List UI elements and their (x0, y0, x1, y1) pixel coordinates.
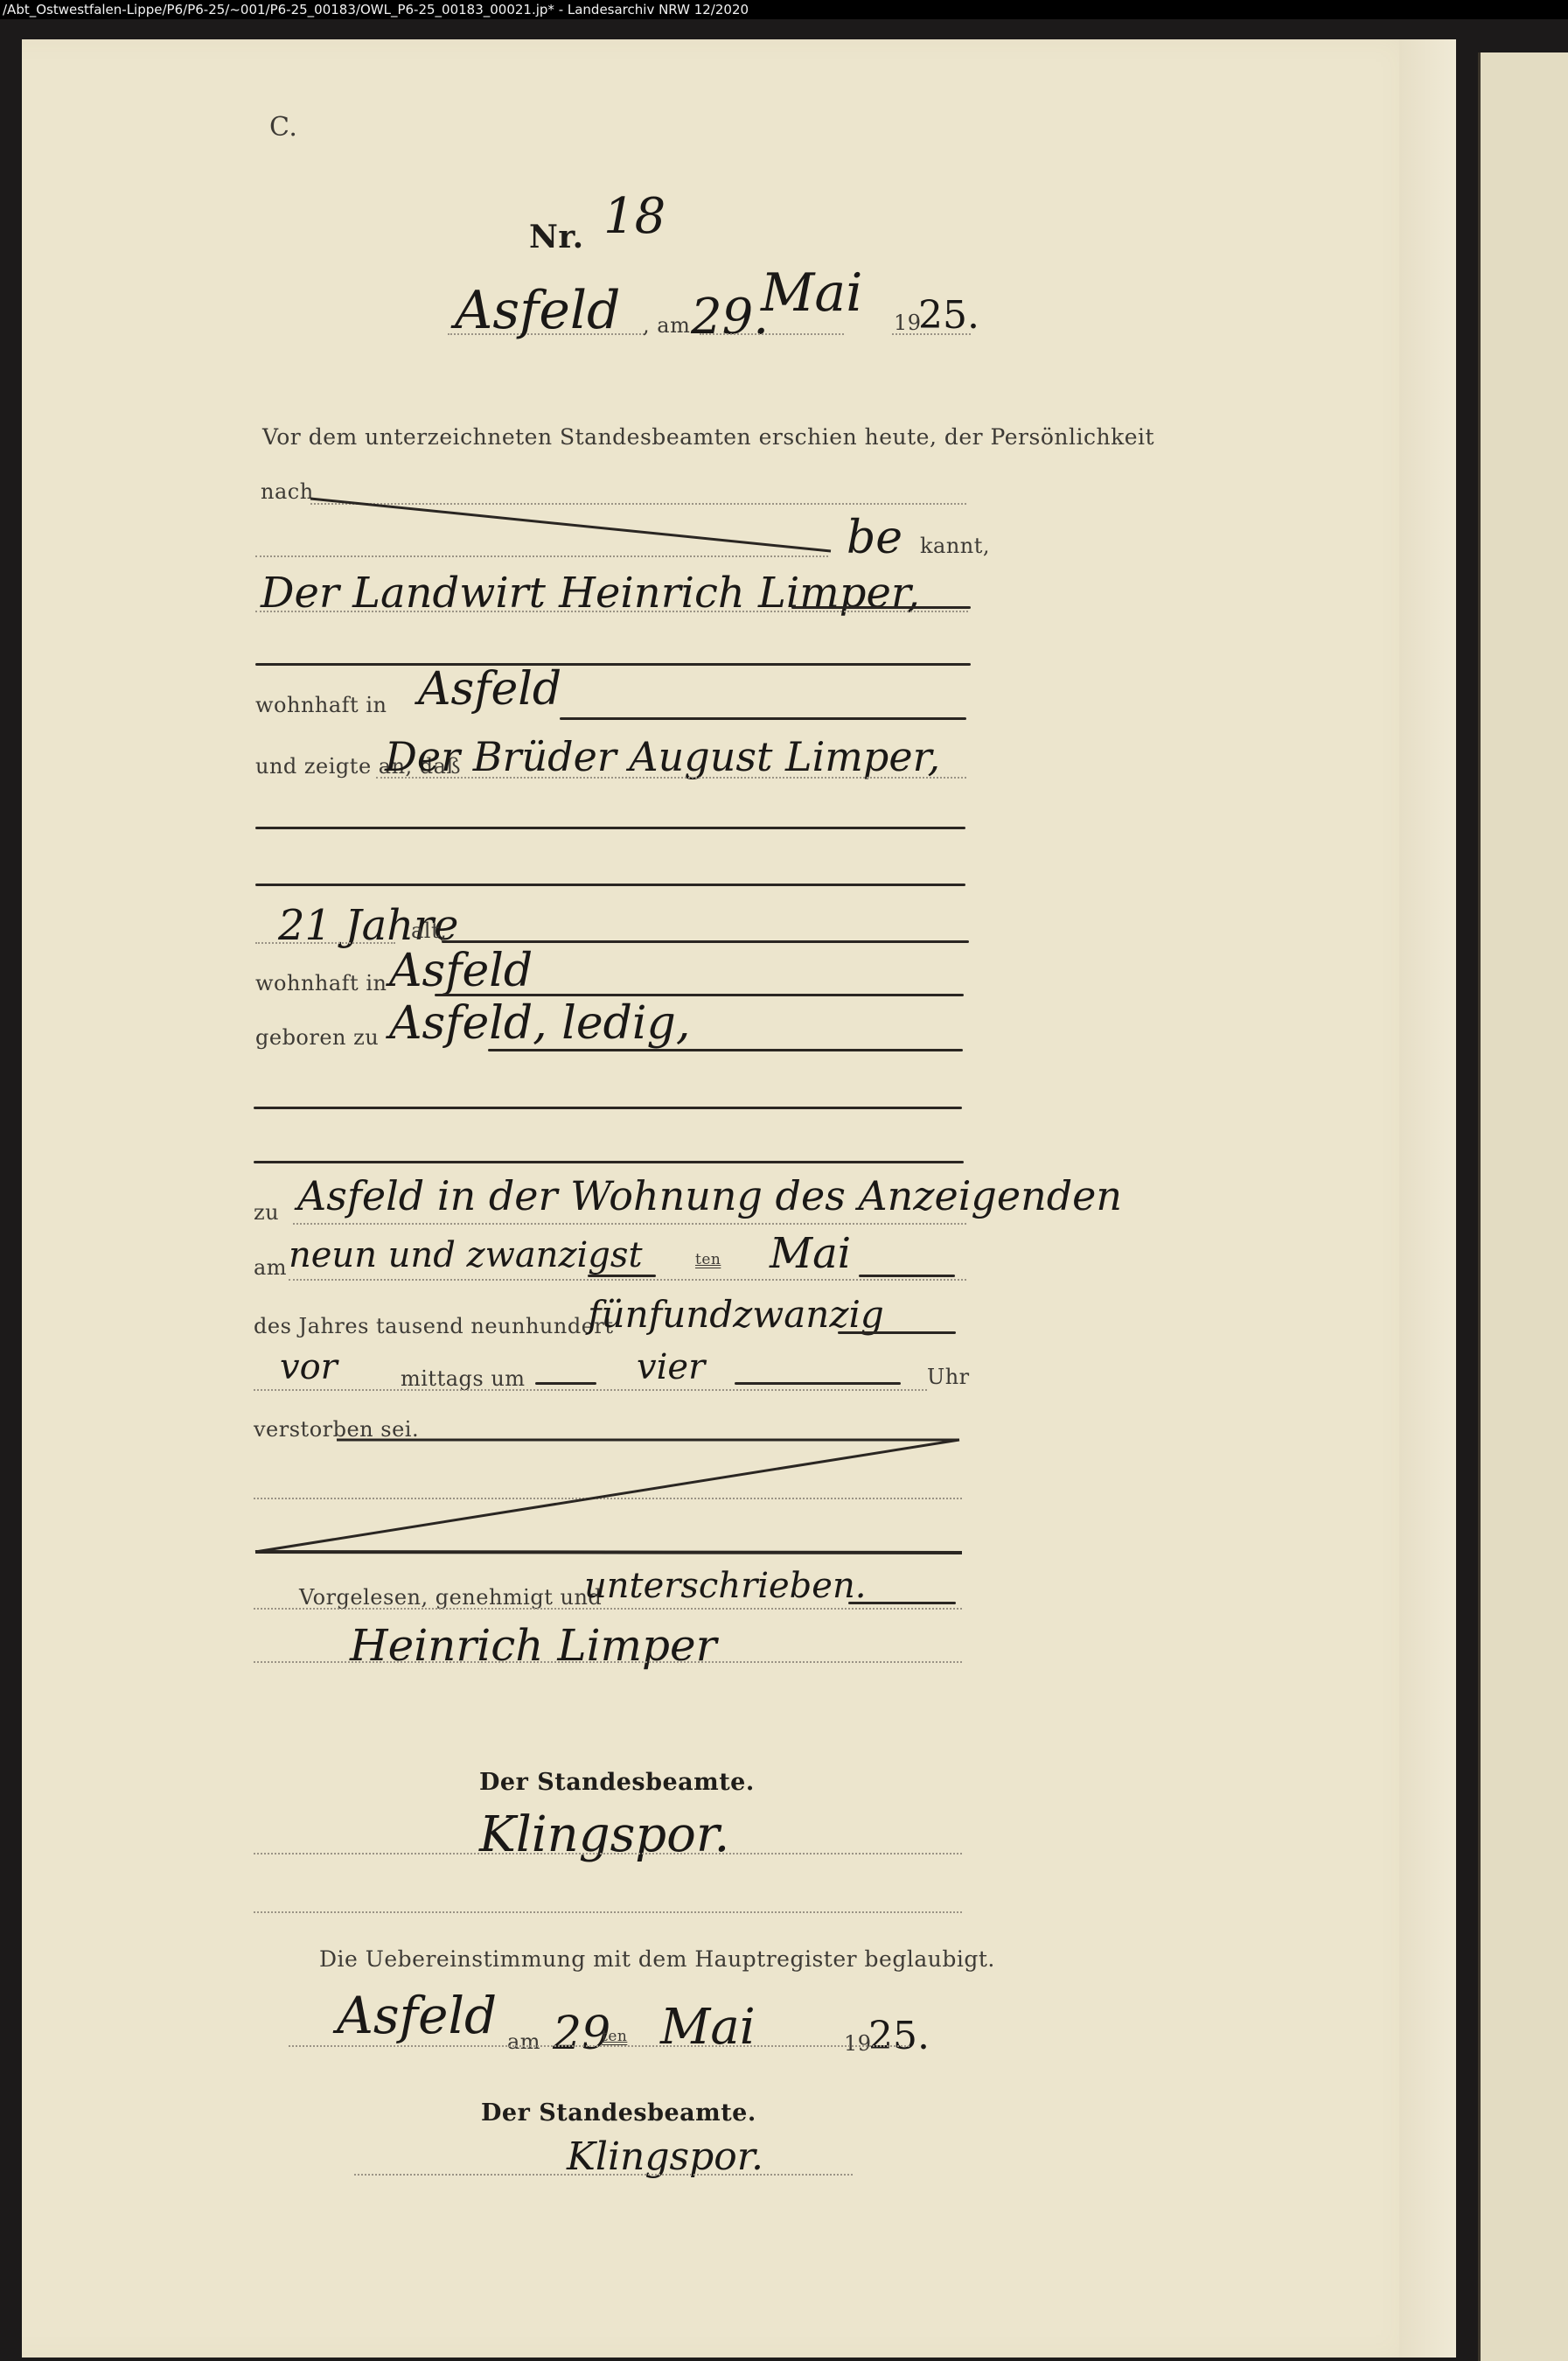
registrar-dotline-2 (254, 1911, 962, 1913)
am-label: , am (643, 313, 690, 338)
wohnhaft-label-2: wohnhaft in (255, 971, 387, 995)
death-month: Mai (770, 1229, 851, 1278)
wohnhaft-fill-line-2 (435, 994, 964, 996)
nr-label: Nr. (529, 219, 584, 255)
nach-dotline (310, 503, 966, 505)
wohnhaft-value-1: Asfeld (418, 663, 561, 716)
vorgelesen-fill-line (848, 1602, 956, 1604)
informant-dotline (255, 611, 968, 612)
registrar-dotline-3 (354, 2174, 853, 2176)
year-suffix: 25. (918, 293, 979, 338)
month-fill-line (859, 1275, 955, 1277)
deceased-name: Der Brüder August Limper, (385, 733, 940, 780)
informant-fill-line (791, 606, 971, 609)
zu-label: zu (254, 1200, 279, 1225)
age-dotline (255, 942, 395, 944)
signature-dotline-1 (254, 1661, 962, 1663)
verstorben-dotline (254, 1498, 962, 1499)
time-fill-line-1 (535, 1382, 596, 1385)
signature-registrar-1: Klingspor. (479, 1806, 729, 1863)
blank-fill-line-1 (255, 663, 971, 666)
registrar-label-1: Der Standesbeamte. (479, 1769, 755, 1796)
vorgelesen-value: unterschrieben. (584, 1566, 866, 1606)
nr-value: 18 (603, 188, 666, 245)
am-label-2: am (254, 1255, 287, 1280)
wohnhaft-fill-line-1 (560, 717, 966, 720)
geboren-value: Asfeld, ledig, (389, 997, 690, 1050)
nach-label: nach (261, 479, 314, 504)
cert-year-prefix: 19 (844, 2031, 872, 2056)
registrar-dotline (254, 1853, 962, 1855)
wohnhaft-value-2: Asfeld (389, 945, 533, 997)
geboren-fill-line (488, 1049, 963, 1051)
header-place: Asfeld (455, 280, 620, 341)
next-page-edge (1478, 52, 1568, 2361)
blank-fill-line-4 (254, 1107, 962, 1109)
header-month: Mai (761, 262, 862, 324)
bekannt-hw: be (847, 512, 902, 564)
nach-dotline-2 (255, 555, 828, 557)
page-fold (1399, 39, 1456, 2358)
cert-ten-label: ten (602, 2028, 627, 2045)
time-dotline (254, 1389, 927, 1391)
ten-label: ten (695, 1251, 721, 1268)
age-fill-line (442, 940, 969, 943)
time-value: vier (637, 1347, 705, 1387)
blank-fill-line-3 (255, 884, 965, 886)
certification-text: Die Uebereinstimmung mit dem Hauptregist… (319, 1946, 995, 1972)
jahres-label: des Jahres tausend neunhundert (254, 1314, 614, 1338)
cert-month: Mai (660, 1999, 756, 2056)
blank-fill-line-5 (254, 1161, 964, 1163)
uhr-label: Uhr (927, 1365, 970, 1389)
cert-place: Asfeld (337, 1986, 497, 2045)
wohnhaft-label-1: wohnhaft in (255, 693, 387, 717)
death-place: Asfeld in der Wohnung des Anzeigenden (297, 1172, 1122, 1219)
month-dotline (700, 333, 844, 335)
death-day-words: neun und zwanzigst (289, 1235, 643, 1275)
registrar-label-2: Der Standesbeamte. (481, 2099, 756, 2127)
year-fill-line (838, 1331, 956, 1334)
blank-fill-line-2 (255, 827, 965, 829)
alt-label: alt, (411, 919, 447, 943)
mittags-label: mittags um (401, 1366, 526, 1391)
cert-am-label: am (507, 2029, 540, 2054)
signature-registrar-2: Klingspor. (567, 2134, 763, 2179)
death-place-dotline (293, 1223, 966, 1225)
time-fill-line-2 (735, 1382, 901, 1385)
header-day: 29. (691, 289, 769, 346)
year-prefix: 19 (894, 311, 922, 335)
day-fill-line (588, 1275, 656, 1277)
time-prefix: vor (280, 1347, 338, 1387)
vorgelesen-label: Vorgelesen, genehmigt und (299, 1585, 602, 1610)
intro-text: Vor dem unterzeichneten Standesbeamten e… (262, 424, 1154, 450)
bekannt-label: kannt, (920, 534, 990, 558)
geboren-label: geboren zu (255, 1025, 379, 1050)
am-dotline (289, 1279, 966, 1281)
cert-dotline (289, 2045, 909, 2047)
vorgelesen-dotline (254, 1608, 962, 1610)
form-letter: C. (269, 112, 297, 143)
verstorben-label: verstorben sei. (254, 1417, 419, 1442)
deceased-dotline (376, 777, 966, 779)
death-year-words: fünfundzwanzig (588, 1293, 884, 1336)
window-title: /Abt_Ostwestfalen-Lippe/P6/P6-25/~001/P6… (0, 0, 1568, 19)
cert-year-suffix: 25. (868, 2014, 930, 2058)
signature-informant: Heinrich Limper (350, 1620, 716, 1671)
year-dotline (892, 333, 971, 335)
